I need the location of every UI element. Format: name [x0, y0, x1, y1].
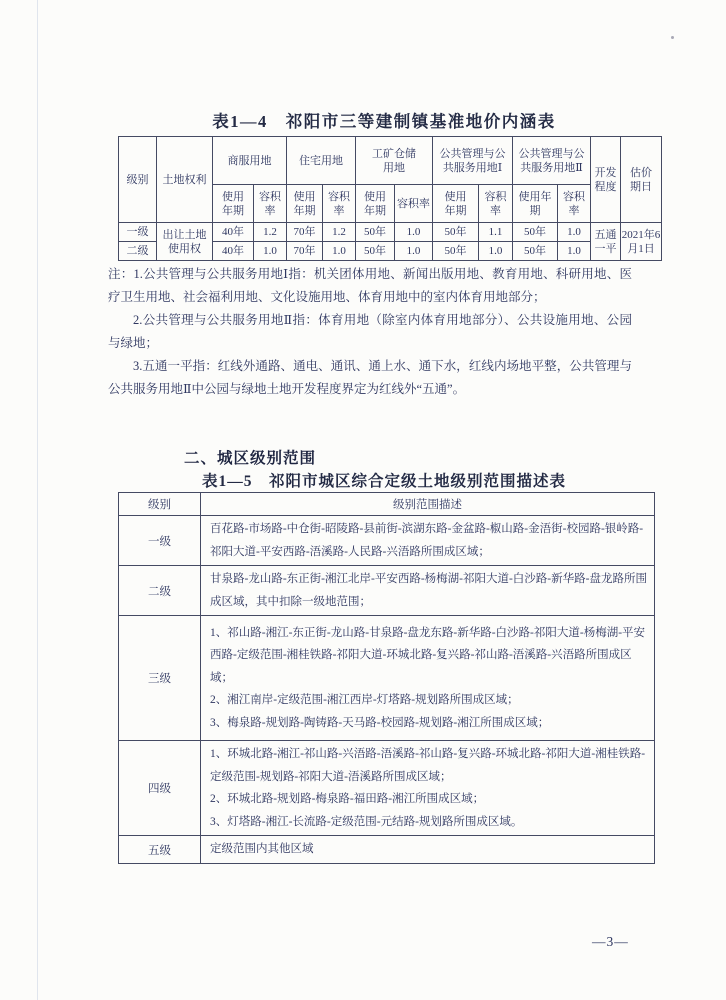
th-land-right-label: 土地权利: [162, 173, 207, 187]
range-item: 百花路-市场路-中仓街-昭陵路-县前街-滨湖东路-金盆路-椒山路-金浯街-校园路…: [210, 518, 648, 563]
th-far-4-label: 容积率: [484, 190, 507, 218]
benchmark-land-price-table: 级别 土地权利 商服用地 住宅用地 工矿仓储用地 公共管理与公共服务用地Ⅰ 公共…: [118, 136, 662, 261]
level-label-3: 三级: [119, 616, 201, 741]
table-row-level-2: 二级 甘泉路-龙山路-东正街-湘江北岸-平安西路-杨梅湖-祁阳大道-白沙路-新华…: [119, 566, 655, 616]
th-group-public-service-1-label: 公共管理与公共服务用地Ⅰ: [438, 147, 506, 175]
th-valuation-date: 估价期日: [621, 137, 662, 223]
table-1-5-title: 表1—5 祁阳市城区综合定级土地级别范围描述表: [110, 469, 658, 491]
th-group-public-service-2-label: 公共管理与公共服务用地Ⅱ: [517, 147, 585, 175]
range-desc-3: 1、祁山路-湘江-东正街-龙山路-甘泉路-盘龙东路-新华路-白沙路-祁阳大道-杨…: [201, 616, 655, 741]
cell-r1-v5: 50年: [356, 223, 395, 242]
level-label-4: 四级: [119, 741, 201, 836]
range-desc-2: 甘泉路-龙山路-东正街-湘江北岸-平安西路-杨梅湖-祁阳大道-白沙路-新华路-盘…: [201, 566, 655, 616]
table-1-4-title: 表1—4 祁阳市三等建制镇基准地价内涵表: [110, 108, 658, 132]
th-far-1: 容积率: [254, 185, 287, 223]
cell-r2-v5: 50年: [356, 242, 395, 261]
cell-level-1: 一级: [119, 223, 157, 242]
level-label-2: 二级: [119, 566, 201, 616]
range-item: 甘泉路-龙山路-东正街-湘江北岸-平安西路-杨梅湖-祁阳大道-白沙路-新华路-盘…: [210, 568, 648, 613]
th2-level: 级别: [119, 493, 201, 516]
scan-artifact-speck: [671, 36, 674, 39]
cell-r2-v9: 50年: [513, 242, 558, 261]
th-group-commercial-label: 商服用地: [228, 155, 272, 167]
th-far-3: 容积率: [395, 185, 433, 223]
document-page: 表1—4 祁阳市三等建制镇基准地价内涵表 级别 土地权利 商服用地 住宅用地 工…: [0, 0, 726, 1000]
level-label-5: 五级: [119, 836, 201, 864]
range-desc-5: 定级范围内其他区域: [201, 836, 655, 864]
note-1: 注：1.公共管理与公共服务用地Ⅰ指：机关团体用地、新闻出版用地、教育用地、科研用…: [108, 263, 632, 309]
cell-r2-v7: 50年: [433, 242, 479, 261]
cell-development-value: 五通一平: [591, 223, 621, 261]
th-level-label: 级别: [127, 174, 149, 186]
cell-valuation-date-value: 2021年6月1日: [621, 223, 662, 261]
range-item: 2、湘江南岸-定级范围-湘江西岸-灯塔路-规划路所围成区域；: [210, 689, 648, 712]
th-use-term-3: 使用年期: [356, 185, 395, 223]
page-number: —3—: [592, 934, 629, 950]
th-group-residential-label: 住宅用地: [299, 155, 343, 167]
th-land-right: 土地权利: [157, 137, 213, 223]
cell-r2-v4: 1.0: [323, 242, 356, 261]
range-item: 3、梅泉路-规划路-陶铸路-天马路-校园路-规划路-湘江所围成区域；: [210, 712, 648, 735]
cell-r1-v1: 40年: [213, 223, 254, 242]
land-level-range-table: 级别 级别范围描述 一级 百花路-市场路-中仓街-昭陵路-县前街-滨湖东路-金盆…: [118, 492, 655, 864]
cell-r1-v7: 50年: [433, 223, 479, 242]
note-3: 3.五通一平指：红线外通路、通电、通讯、通上水、通下水，红线内场地平整，公共管理…: [108, 355, 632, 401]
th-level: 级别: [119, 137, 157, 223]
cell-r1-v8: 1.1: [479, 223, 513, 242]
th-use-term-5: 使用年期: [513, 185, 558, 223]
cell-level-2: 二级: [119, 242, 157, 261]
range-item: 1、环城北路-湘江-祁山路-兴浯路-浯溪路-祁山路-复兴路-环城北路-祁阳大道-…: [210, 743, 648, 788]
th-far-4: 容积率: [479, 185, 513, 223]
th-use-term-1-label: 使用年期: [221, 190, 244, 218]
cell-r1-v2: 1.2: [254, 223, 287, 242]
range-item: 1、祁山路-湘江-东正街-龙山路-甘泉路-盘龙东路-新华路-白沙路-祁阳大道-杨…: [210, 622, 648, 690]
th-group-residential: 住宅用地: [287, 137, 356, 185]
scan-artifact-line: [37, 0, 38, 1000]
th-use-term-3-label: 使用年期: [363, 190, 386, 218]
th-use-term-2: 使用年期: [287, 185, 323, 223]
th-far-3-label: 容积率: [397, 198, 430, 210]
cell-r2-v2: 1.0: [254, 242, 287, 261]
level-label-1: 一级: [119, 516, 201, 566]
cell-r1-v4: 1.2: [323, 223, 356, 242]
th-use-term-2-label: 使用年期: [293, 190, 316, 218]
th-group-commercial: 商服用地: [213, 137, 287, 185]
th-group-industrial-storage: 工矿仓储用地: [356, 137, 433, 185]
cell-r1-v10: 1.0: [558, 223, 591, 242]
cell-r2-v3: 70年: [287, 242, 323, 261]
table-row-level-4: 四级 1、环城北路-湘江-祁山路-兴浯路-浯溪路-祁山路-复兴路-环城北路-祁阳…: [119, 741, 655, 836]
range-item: 3、灯塔路-湘江-长流路-定级范围-元结路-规划路所围成区域。: [210, 811, 648, 834]
table-row-level-3: 三级 1、祁山路-湘江-东正街-龙山路-甘泉路-盘龙东路-新华路-白沙路-祁阳大…: [119, 616, 655, 741]
th-group-public-service-2: 公共管理与公共服务用地Ⅱ: [513, 137, 591, 185]
th-far-2-label: 容积率: [327, 190, 350, 218]
th-valuation-date-label: 估价期日: [629, 166, 652, 194]
cell-r2-v6: 1.0: [395, 242, 433, 261]
range-item: 2、环城北路-规划路-梅泉路-福田路-湘江所围成区域；: [210, 788, 648, 811]
th-use-term-5-label: 使用年期: [518, 190, 552, 218]
table-notes: 注：1.公共管理与公共服务用地Ⅰ指：机关团体用地、新闻出版用地、教育用地、科研用…: [108, 263, 632, 401]
th-development-degree: 开发程度: [591, 137, 621, 223]
range-desc-1: 百花路-市场路-中仓街-昭陵路-县前街-滨湖东路-金盆路-椒山路-金浯街-校园路…: [201, 516, 655, 566]
th-group-industrial-storage-label: 工矿仓储用地: [371, 147, 416, 175]
th-group-public-service-1: 公共管理与公共服务用地Ⅰ: [433, 137, 513, 185]
th-far-5-label: 容积率: [562, 190, 585, 218]
th-use-term-4: 使用年期: [433, 185, 479, 223]
development-value-label: 五通一平: [594, 228, 617, 256]
th-far-2: 容积率: [323, 185, 356, 223]
cell-r1-v6: 1.0: [395, 223, 433, 242]
land-right-value-label: 出让土地使用权: [162, 228, 207, 256]
cell-r1-v3: 70年: [287, 223, 323, 242]
th2-range-description: 级别范围描述: [201, 493, 655, 516]
range-desc-4: 1、环城北路-湘江-祁山路-兴浯路-浯溪路-祁山路-复兴路-环城北路-祁阳大道-…: [201, 741, 655, 836]
cell-r2-v8: 1.0: [479, 242, 513, 261]
range-item: 定级范围内其他区域: [210, 838, 648, 861]
th-far-5: 容积率: [558, 185, 591, 223]
cell-r2-v1: 40年: [213, 242, 254, 261]
th-use-term-1: 使用年期: [213, 185, 254, 223]
note-2: 2.公共管理与公共服务用地Ⅱ指：体育用地（除室内体育用地部分）、公共设施用地、公…: [108, 309, 632, 355]
th-far-1-label: 容积率: [258, 190, 281, 218]
cell-r2-v10: 1.0: [558, 242, 591, 261]
section-heading-urban-level-range: 二、城区级别范围: [184, 446, 316, 468]
cell-r1-v9: 50年: [513, 223, 558, 242]
table-row-grade-1: 一级 出让土地使用权 40年 1.2 70年 1.2 50年 1.0 50年 1…: [119, 223, 662, 242]
th-development-degree-label: 开发程度: [594, 166, 617, 194]
table-row-level-1: 一级 百花路-市场路-中仓街-昭陵路-县前街-滨湖东路-金盆路-椒山路-金浯街-…: [119, 516, 655, 566]
table-row-level-5: 五级 定级范围内其他区域: [119, 836, 655, 864]
cell-land-right-value: 出让土地使用权: [157, 223, 213, 261]
th-use-term-4-label: 使用年期: [444, 190, 467, 218]
